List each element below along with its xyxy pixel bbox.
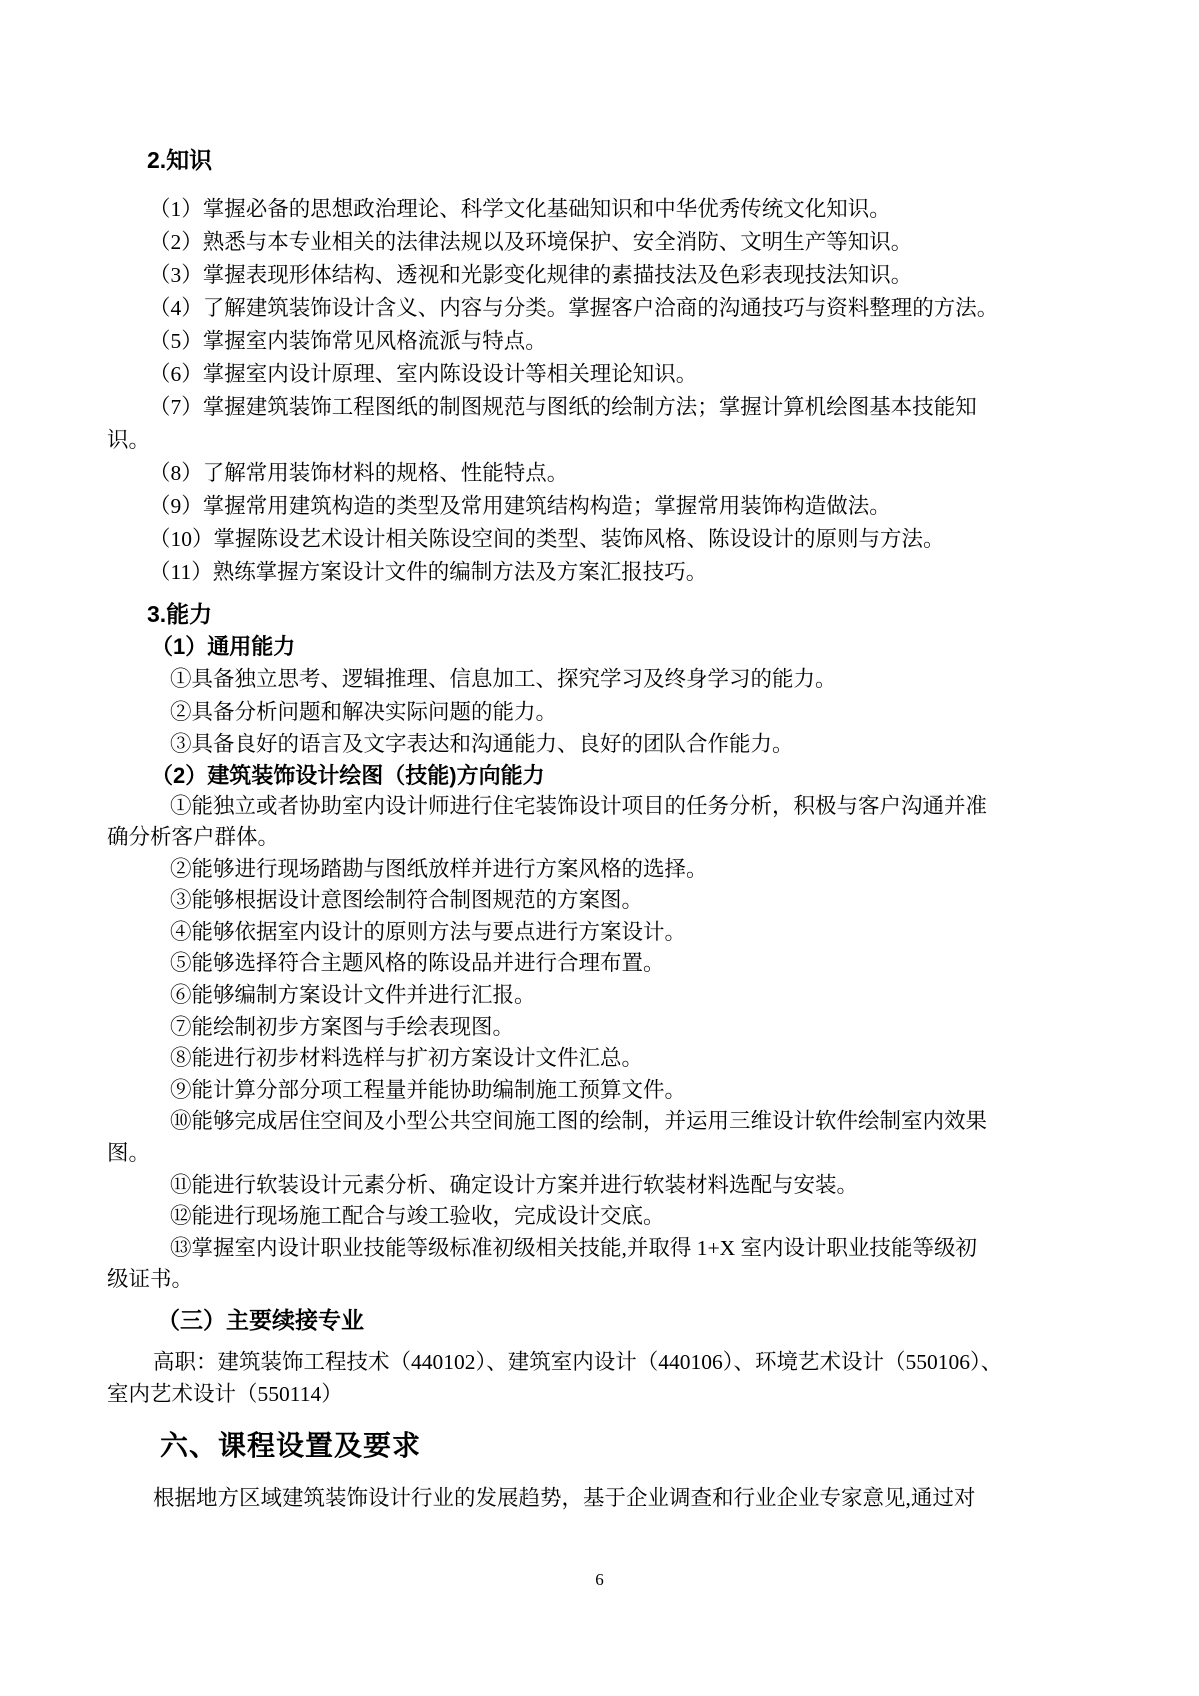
general-ability-item: ①具备独立思考、逻辑推理、信息加工、探究学习及终身学习的能力。 — [107, 663, 1107, 696]
knowledge-item: （2）熟悉与本专业相关的法律法规以及环境保护、安全消防、文明生产等知识。 — [107, 226, 1107, 259]
knowledge-item: （3）掌握表现形体结构、透视和光影变化规律的素描技法及色彩表现技法知识。 — [107, 259, 1107, 292]
general-ability-heading: （1）通用能力 — [151, 633, 1107, 661]
general-ability-item: ③具备良好的语言及文字表达和沟通能力、良好的团队合作能力。 — [107, 728, 1107, 761]
drawing-ability-item: ⑦能绘制初步方案图与手绘表现图。 — [107, 1012, 1107, 1044]
drawing-ability-item: ⑤能够选择符合主题风格的陈设品并进行合理布置。 — [107, 948, 1107, 980]
drawing-ability-item: ⑧能进行初步材料选样与扩初方案设计文件汇总。 — [107, 1043, 1107, 1075]
curriculum-intro: 根据地方区域建筑装饰设计行业的发展趋势，基于企业调查和行业企业专家意见,通过对 — [107, 1482, 1107, 1514]
drawing-ability-item: ⑨能计算分部分项工程量并能协助编制施工预算文件。 — [107, 1075, 1107, 1107]
drawing-ability-heading: （2）建筑装饰设计绘图（技能)方向能力 — [151, 761, 1107, 791]
knowledge-item: （11）熟练掌握方案设计文件的编制方法及方案汇报技巧。 — [107, 556, 1107, 589]
knowledge-heading: 2.知识 — [147, 145, 1107, 175]
drawing-ability-item: ⑥能够编制方案设计文件并进行汇报。 — [107, 980, 1107, 1012]
knowledge-item: （6）掌握室内设计原理、室内陈设设计等相关理论知识。 — [107, 358, 1107, 391]
knowledge-item: （7）掌握建筑装饰工程图纸的制图规范与图纸的绘制方法；掌握计算机绘图基本技能知 … — [107, 391, 1107, 457]
drawing-ability-item: ②能够进行现场踏勘与图纸放样并进行方案风格的选择。 — [107, 854, 1107, 886]
drawing-ability-item: ⑫能进行现场施工配合与竣工验收，完成设计交底。 — [107, 1201, 1107, 1233]
drawing-ability-item: ④能够依据室内设计的原则方法与要点进行方案设计。 — [107, 917, 1107, 949]
drawing-ability-item: ⑬掌握室内设计职业技能等级标准初级相关技能,并取得 1+X 室内设计职业技能等级… — [107, 1233, 1107, 1296]
knowledge-item: （8）了解常用装饰材料的规格、性能特点。 — [107, 457, 1107, 490]
drawing-ability-item: ⑪能进行软装设计元素分析、确定设计方案并进行软装材料选配与安装。 — [107, 1170, 1107, 1202]
curriculum-heading: 六、课程设置及要求 — [160, 1426, 1107, 1466]
drawing-ability-item: ③能够根据设计意图绘制符合制图规范的方案图。 — [107, 885, 1107, 917]
continuing-major-heading: （三）主要续接专业 — [157, 1305, 1107, 1335]
drawing-ability-item: ①能独立或者协助室内设计师进行住宅装饰设计项目的任务分析，积极与客户沟通并准 确… — [107, 791, 1107, 854]
knowledge-item: （4）了解建筑装饰设计含义、内容与分类。掌握客户洽商的沟通技巧与资料整理的方法。 — [107, 292, 1107, 325]
knowledge-item: （9）掌握常用建筑构造的类型及常用建筑结构构造；掌握常用装饰构造做法。 — [107, 490, 1107, 523]
ability-heading: 3.能力 — [147, 599, 1107, 629]
general-ability-item: ②具备分析问题和解决实际问题的能力。 — [107, 696, 1107, 729]
knowledge-item: （1）掌握必备的思想政治理论、科学文化基础知识和中华优秀传统文化知识。 — [107, 193, 1107, 226]
knowledge-item: （10）掌握陈设艺术设计相关陈设空间的类型、装饰风格、陈设设计的原则与方法。 — [107, 523, 1107, 556]
document-content: 2.知识 （1）掌握必备的思想政治理论、科学文化基础知识和中华优秀传统文化知识。… — [107, 145, 1107, 1514]
drawing-ability-item: ⑩能够完成居住空间及小型公共空间施工图的绘制，并运用三维设计软件绘制室内效果 图… — [107, 1106, 1107, 1169]
document-page: 2.知识 （1）掌握必备的思想政治理论、科学文化基础知识和中华优秀传统文化知识。… — [0, 0, 1199, 1696]
knowledge-item: （5）掌握室内装饰常见风格流派与特点。 — [107, 325, 1107, 358]
page-number: 6 — [0, 1570, 1199, 1590]
continuing-major-body: 高职：建筑装饰工程技术（440102）、建筑室内设计（440106）、环境艺术设… — [107, 1346, 1107, 1410]
